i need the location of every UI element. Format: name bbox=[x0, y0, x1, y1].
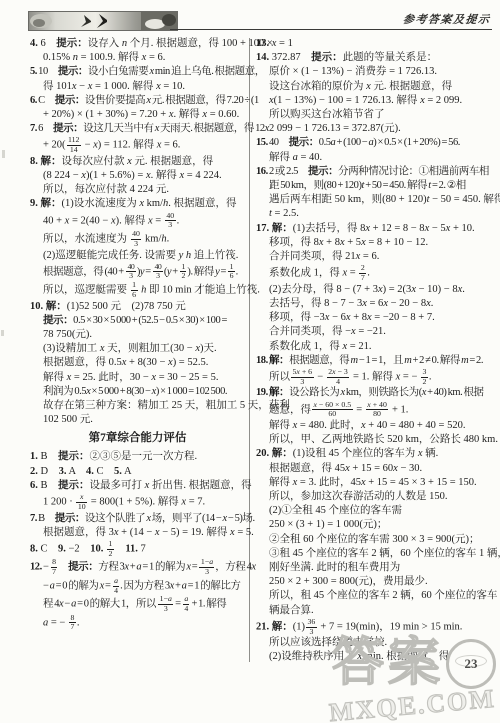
math-var: x bbox=[293, 420, 298, 431]
text-line: 21. 解：(1)363 + 7 = 19(min)，19 min > 15 m… bbox=[256, 618, 493, 636]
text-line: 系数化成 1，得 x = 21. bbox=[256, 340, 493, 354]
math-var: x bbox=[343, 341, 348, 352]
text-line: 原价 × (1 − 13%) − 消费券 = 1 726.13. bbox=[256, 65, 493, 79]
math-var: x bbox=[367, 400, 370, 409]
text-line: 20. 解：(1)设租 45 个座位的客车为 x 辆. bbox=[256, 447, 493, 461]
math-var: x bbox=[361, 420, 366, 431]
math-var: a bbox=[114, 576, 117, 585]
text-line: (2)①全租 45 个座位的客车需 bbox=[256, 504, 493, 518]
math-var: m bbox=[404, 355, 411, 366]
math-var: x bbox=[378, 284, 383, 295]
bold-label: 7. bbox=[30, 513, 37, 524]
fraction: 32 bbox=[420, 368, 429, 386]
bold-label: 15. bbox=[256, 137, 268, 148]
bold-label: 14. bbox=[256, 52, 269, 63]
math-var: a bbox=[368, 137, 373, 148]
math-var: x bbox=[426, 298, 431, 309]
text-line: 8. C 9. −2 10. 12 11. 7 bbox=[30, 540, 245, 558]
text-line: 10. 解：(1)52 500 元 (2)78 750 元 bbox=[30, 300, 245, 314]
math-var: a bbox=[71, 599, 76, 610]
math-var: x bbox=[124, 562, 128, 573]
math-var: x bbox=[366, 81, 371, 92]
math-var: x bbox=[345, 463, 350, 474]
text-line: 所以，水流速度为 403 km/h. bbox=[30, 230, 245, 248]
math-var: x bbox=[361, 237, 366, 248]
text-line: 遇后两车相距 50 km，则(80 + 120)t − 50 = 450. 解得 bbox=[256, 193, 493, 207]
bold-label: 8. 解： bbox=[30, 156, 62, 167]
text-line: 系数化成 1，得 x = 27. bbox=[256, 264, 493, 282]
math-var: x bbox=[170, 580, 174, 591]
math-var: h bbox=[161, 234, 166, 245]
math-var: x bbox=[152, 386, 156, 397]
text-line: 根据题意，得 (40 + 403)y = 403(y + 12). 解得 y =… bbox=[30, 263, 245, 281]
fraction: 5x + 63 bbox=[290, 368, 315, 386]
math-var: x bbox=[149, 66, 153, 77]
math-var: x bbox=[230, 527, 235, 538]
fraction: 2x − 34 bbox=[326, 368, 351, 386]
math-var: x bbox=[272, 38, 277, 49]
text-line: 合并同类项，得 −x = −21. bbox=[256, 325, 493, 339]
fraction: x + 4080 bbox=[365, 401, 390, 419]
fraction: 16 bbox=[130, 281, 139, 299]
math-var: x bbox=[420, 95, 425, 106]
bold-label: 3. bbox=[59, 466, 67, 477]
math-var: x bbox=[251, 562, 255, 573]
math-var: x bbox=[195, 343, 200, 354]
header-decoration-band bbox=[28, 11, 178, 31]
bold-label: 9. bbox=[58, 543, 66, 554]
math-var: x bbox=[367, 312, 372, 323]
math-var: x bbox=[269, 95, 274, 106]
watermark-site: MXQE.COM bbox=[328, 685, 497, 723]
math-var: x bbox=[146, 513, 150, 524]
header-band-art bbox=[29, 12, 177, 30]
math-var: a bbox=[182, 580, 187, 591]
math-var: x bbox=[179, 170, 184, 181]
math-var: x bbox=[446, 223, 451, 234]
fraction: 12 bbox=[179, 263, 187, 281]
answers-column-right: 13. x = 114. 372.87 提示：此题的等量关系是：原价 × (1 … bbox=[256, 37, 493, 665]
text-line: 250 × (3 + 1) = 1 000(元)； bbox=[256, 518, 493, 532]
text-line: 距 50 km，则(80 + 120)t + 50 = 450. 解得 t = … bbox=[256, 179, 493, 193]
bold-label: 21. 解： bbox=[256, 621, 293, 632]
math-var: x bbox=[362, 298, 367, 309]
math-var: x bbox=[59, 599, 63, 610]
math-var: y bbox=[140, 266, 144, 277]
bold-label: 1. bbox=[30, 451, 38, 462]
bold-label: 提示： bbox=[58, 480, 90, 491]
text-line: 102 500 元. bbox=[30, 413, 245, 427]
math-var: x bbox=[458, 284, 463, 295]
text-line: (8 224 − x)(1 + 5.6%) = x. 解得 x = 4 224. bbox=[30, 169, 245, 183]
text-line: 7. B 提示：设这个队胜了 x 场，则平了(14 − x − 5)场. bbox=[30, 512, 245, 526]
text-line: ③租 45 个座位的客车 2 辆，60 个座位的客车 1 辆， bbox=[256, 547, 493, 561]
math-var: x bbox=[139, 198, 144, 209]
math-var: y bbox=[167, 266, 171, 277]
math-var: t bbox=[362, 180, 364, 191]
text-line: 根据题意，得 0.5x + 8(30 − x) = 52.5. bbox=[30, 356, 245, 370]
math-var: x bbox=[146, 170, 151, 181]
text-line: x(1 − 13%) − 100 = 1 726.13. 解得 x = 2 09… bbox=[256, 94, 493, 108]
math-var: x bbox=[223, 513, 227, 524]
bold-label: 提示： bbox=[53, 123, 83, 134]
math-var: x bbox=[181, 497, 186, 508]
text-line: 故存在第三种方案：精加工 25 天，粗加工 5 天，获利 bbox=[30, 399, 245, 413]
text-line: 刚好坐满. 此时的租车费用为 bbox=[256, 561, 493, 575]
header-rule bbox=[170, 29, 492, 30]
text-line: 根据题意，得 45x + 15 = 60x − 30. bbox=[256, 462, 493, 476]
math-var: x bbox=[365, 223, 370, 234]
math-var: x bbox=[314, 400, 317, 409]
math-var: x bbox=[72, 81, 77, 92]
math-var: x bbox=[361, 477, 366, 488]
math-var: x bbox=[114, 527, 119, 538]
text-line: + 20(11214 − x) = 112. 解得 x = 6. bbox=[30, 136, 245, 154]
text-line: (3)设精加工 x 天，则粗加工(30 − x)天. bbox=[30, 342, 245, 356]
text-line: 2. D 3. A 4. C 5. A bbox=[30, 465, 245, 479]
text-line: 所以购买这台冰箱节省了 bbox=[256, 108, 493, 122]
text-line: + 20%) × (1 + 30%) = 7.20 + x. 解得 x = 0.… bbox=[30, 108, 245, 122]
bold-label: 提示： bbox=[58, 66, 88, 77]
bold-label: 11. bbox=[125, 543, 138, 554]
text-line: 0.15% n = 100.9. 解得 x = 6. bbox=[30, 51, 245, 65]
math-var: x bbox=[81, 170, 86, 181]
bold-label: 2. bbox=[30, 466, 38, 477]
math-var: a bbox=[43, 617, 48, 628]
math-var: x bbox=[111, 215, 116, 226]
math-var: x bbox=[357, 651, 362, 662]
fraction: x10 bbox=[75, 493, 88, 511]
fraction: 1 − a3 bbox=[198, 558, 215, 576]
text-line: (2)去分母，得 8 − (7 + 3x) = 2(3x − 10) − 8x. bbox=[256, 283, 493, 297]
bold-label: 提示： bbox=[43, 315, 73, 326]
text-line: 所以，甲、乙两地铁路长 520 km，公路长 480 km. bbox=[256, 433, 493, 447]
math-var: x bbox=[356, 251, 361, 262]
math-var: x bbox=[127, 156, 132, 167]
text-line: 8. 解：设每次应付款 x 元. 根据题意，得 bbox=[30, 155, 245, 169]
text-line: 题意，得x − 60 × 0.560 = x + 4080 + 1. bbox=[256, 401, 493, 419]
math-var: m bbox=[461, 355, 468, 366]
text-line: 移项，得 8x + 8x + 5x = 8 + 10 − 12. bbox=[256, 236, 493, 250]
math-var: x bbox=[100, 343, 105, 354]
fraction: 403 bbox=[152, 263, 164, 281]
math-var: x bbox=[422, 387, 426, 398]
math-var: x bbox=[145, 480, 150, 491]
text-line: 移项，得 −3x − 6x + 8x = −20 − 8 + 7. bbox=[256, 311, 493, 325]
fraction: 403 bbox=[164, 212, 177, 230]
bold-label: 18. 解： bbox=[256, 355, 289, 366]
text-line: 2 099 − 1 726.13 = 372.87(元). bbox=[256, 122, 493, 136]
math-var: x bbox=[343, 268, 348, 279]
fraction: x − 60 × 0.560 bbox=[311, 401, 354, 419]
fraction: 87 bbox=[68, 614, 77, 632]
fraction: 403 bbox=[125, 263, 137, 281]
math-var: x bbox=[65, 215, 70, 226]
math-var: x bbox=[157, 140, 162, 151]
section-heading: 第7章综合能力评估 bbox=[30, 427, 245, 450]
text-line: 所以5x + 63 − 2x − 34 = 1. 解得 x = − 32. bbox=[256, 368, 493, 386]
text-line: 解得 x = 480. 此时，x + 40 = 480 + 40 = 520. bbox=[256, 419, 493, 433]
math-var: x bbox=[383, 298, 388, 309]
math-var: x bbox=[351, 326, 356, 337]
fraction: 403 bbox=[130, 230, 143, 248]
bold-label: 8. bbox=[30, 543, 38, 554]
text-line: 250 × 2 + 300 = 800(元)，费用最少. bbox=[256, 575, 493, 589]
bold-label: 5. bbox=[114, 466, 122, 477]
text-line: 得 101x − x = 1 000. 解得 x = 10. bbox=[30, 80, 245, 94]
text-line: 设这台冰箱的原价为 x 元. 根据题意，得 bbox=[256, 80, 493, 94]
text-line: 解得 x = 25. 此时，30 − x = 30 − 25 = 5. bbox=[30, 371, 245, 385]
math-var: x bbox=[169, 109, 174, 120]
text-line: 13. x = 1 bbox=[256, 37, 493, 51]
math-var: a bbox=[331, 137, 336, 148]
fraction: a4 bbox=[112, 577, 120, 595]
math-var: t bbox=[427, 194, 430, 205]
bold-label: 提示： bbox=[289, 137, 319, 148]
text-line: t = 2.5. bbox=[256, 207, 493, 221]
text-line: 1 200 · x10 = 800(1 + 5%). 解得 x = 7. bbox=[30, 493, 245, 511]
text-line: (2)巡逻艇能完成任务. 设需要 y h 追上竹筏. bbox=[30, 249, 245, 263]
text-line: 解得 x = 3. 此时，45x + 15 = 45 × 3 + 15 = 15… bbox=[256, 476, 493, 490]
math-var: x bbox=[346, 312, 351, 323]
text-line: 14. 372.87 提示：此题的等量关系是： bbox=[256, 51, 493, 65]
math-var: h bbox=[141, 285, 146, 296]
math-var: n bbox=[73, 52, 78, 63]
math-var: y bbox=[179, 250, 184, 261]
math-var: x bbox=[80, 492, 83, 501]
math-var: a bbox=[209, 557, 212, 566]
text-line: 7. 6 提示：设这几天当中有 x 天雨天. 根据题意，得 12x bbox=[30, 122, 245, 136]
text-line: 1. B 提示：②③⑤是一元一次方程. bbox=[30, 450, 245, 464]
text-line: 15. 40 提示：0.5a + (100 − a) × 0.5 × (1 + … bbox=[256, 136, 493, 150]
bold-label: 19. 解： bbox=[256, 387, 289, 398]
math-var: h bbox=[186, 250, 191, 261]
math-var: x bbox=[325, 312, 330, 323]
math-var: t bbox=[269, 208, 272, 219]
bold-label: 5. bbox=[30, 66, 37, 77]
fraction: 1 − a3 bbox=[157, 595, 174, 613]
math-var: a bbox=[293, 152, 298, 163]
math-var: x bbox=[155, 527, 160, 538]
bold-label: 16. bbox=[256, 166, 268, 177]
fraction: 12 bbox=[106, 540, 115, 558]
math-var: x bbox=[425, 223, 430, 234]
math-var: x bbox=[100, 580, 104, 591]
math-var: x bbox=[393, 463, 398, 474]
math-var: y bbox=[215, 266, 219, 277]
bold-label: 17. 解： bbox=[256, 223, 293, 234]
bold-label: 提示： bbox=[311, 52, 343, 63]
math-var: a bbox=[184, 594, 187, 603]
text-line: (2)设维持秩序用了 x min. 根据题意，得 bbox=[256, 650, 493, 664]
bold-label: 提示： bbox=[68, 562, 98, 573]
math-var: x bbox=[332, 367, 335, 376]
bold-label: 4. bbox=[30, 38, 38, 49]
bold-label: 提示： bbox=[55, 513, 85, 524]
math-var: a bbox=[136, 562, 141, 573]
text-line: 12. − 87 提示：方程 3x + a = 1 的解为 x = 1 − a3… bbox=[30, 558, 245, 576]
answer-key-page: 参考答案及提示 4. 6 提示：设存入 n 个月. 根据题意，得 100 + 1… bbox=[0, 0, 500, 723]
scan-speck bbox=[1, 330, 4, 336]
text-line: 18. 解：根据题意，得 m − 1 = 1，且 m + 2 ≠ 0. 解得 m… bbox=[256, 354, 493, 368]
bold-label: 13. bbox=[256, 38, 269, 49]
scan-speck bbox=[2, 150, 5, 158]
math-var: x bbox=[293, 477, 298, 488]
bold-label: 10. bbox=[90, 543, 103, 554]
math-var: x bbox=[296, 367, 299, 376]
bold-label: 12. bbox=[30, 562, 42, 573]
text-line: 所以，巡逻艇需要 16 h 即 10 min 才能追上竹筏. bbox=[30, 281, 245, 299]
bold-label: 6. bbox=[30, 95, 37, 106]
math-var: x bbox=[122, 357, 127, 368]
math-var: x bbox=[88, 81, 93, 92]
text-line: 去括号，得 8 − 7 − 3x = 6x − 20 − 8x. bbox=[256, 297, 493, 311]
text-line: ②全租 60 个座位的客车需 300 × 3 = 900(元)； bbox=[256, 533, 493, 547]
fraction: 11214 bbox=[66, 136, 82, 154]
text-line: 5. 10 提示：设小白兔需要 x min 追上乌龟. 根据题意， bbox=[30, 65, 245, 79]
fraction: 16 bbox=[227, 263, 235, 281]
bold-label: 20. 解： bbox=[256, 448, 293, 459]
bold-label: 提示： bbox=[56, 38, 88, 49]
math-var: x bbox=[148, 215, 153, 226]
math-var: t bbox=[428, 180, 430, 191]
math-var: h bbox=[163, 198, 168, 209]
math-var: a bbox=[50, 580, 55, 591]
bold-label: 9. 解： bbox=[30, 198, 62, 209]
math-var: x bbox=[186, 562, 190, 573]
fraction: a4 bbox=[182, 595, 190, 613]
text-line: 17. 解：(1)去括号，得 8x + 12 = 8 − 8x − 5x + 1… bbox=[256, 222, 493, 236]
text-line: 6. B 提示：设最多可打 x 折出售. 根据题意，得 bbox=[30, 479, 245, 493]
text-line: 辆最合算. bbox=[256, 604, 493, 618]
math-var: m bbox=[351, 355, 358, 366]
fraction: 87 bbox=[50, 558, 58, 576]
bold-label: 提示： bbox=[308, 166, 338, 177]
math-var: n bbox=[122, 38, 127, 49]
math-var: a bbox=[168, 594, 171, 603]
text-line: 16. 2 或 2.5 提示：分两种情况讨论：①相遇前两车相 bbox=[256, 165, 493, 179]
math-var: x bbox=[67, 372, 72, 383]
text-line: 利润为 0.5x × 5 000 + 8(30 − x) × 1 000 = 1… bbox=[30, 385, 245, 399]
text-line: a = − 87. bbox=[30, 614, 245, 632]
math-var: x bbox=[93, 140, 98, 151]
text-line: 78 750(元). bbox=[30, 328, 245, 342]
math-var: x bbox=[151, 372, 156, 383]
math-var: x bbox=[319, 237, 324, 248]
text-line: 40 + x = 2(40 − x). 解得 x = 403. bbox=[30, 212, 245, 230]
math-var: x bbox=[411, 284, 416, 295]
math-var: x bbox=[418, 448, 423, 459]
page-header-title: 参考答案及提示 bbox=[402, 11, 491, 27]
math-var: x bbox=[202, 109, 207, 120]
text-line: 程 4x − a = 0 的解大 1，所以 1 − a3 = a4 + 1. 解… bbox=[30, 595, 245, 613]
fraction: 363 bbox=[305, 618, 318, 636]
text-line: 6. C 提示：设售价要提高 x 元. 根据题意，得 7.20 ÷ (1 bbox=[30, 94, 245, 108]
text-line: 所以，每次应付款 4 224 元. bbox=[30, 183, 245, 197]
text-line: 所以，租 45 个座位的客车 2 辆，60 个座位的客车 1 bbox=[256, 589, 493, 603]
math-var: x bbox=[168, 357, 173, 368]
math-var: x bbox=[340, 237, 345, 248]
answers-body: 4. 6 提示：设存入 n 个月. 根据题意，得 100 + 100 ×0.15… bbox=[30, 37, 493, 665]
bold-label: 提示： bbox=[55, 95, 85, 106]
bold-label: 10. 解： bbox=[30, 301, 67, 312]
math-var: x bbox=[155, 123, 159, 134]
math-var: x bbox=[146, 95, 150, 106]
text-line: 19. 解：设公路长为 x km，则铁路长为(x + 40) km. 根据 bbox=[256, 386, 493, 400]
text-line: 合并同类项，得 21x = 6. bbox=[256, 250, 493, 264]
math-var: x bbox=[156, 81, 161, 92]
text-line: 所以应该选择绕道去学校. bbox=[256, 636, 493, 650]
text-line: − a = 0 的解为 x = a4. 因为方程 3x + a = 1 的解比方 bbox=[30, 577, 245, 595]
text-line: 解得 a = 40. bbox=[256, 151, 493, 165]
bold-label: 提示： bbox=[58, 451, 90, 462]
bold-label: 4. bbox=[86, 466, 94, 477]
bold-label: 6. bbox=[30, 480, 38, 491]
text-line: 9. 解：(1)设水流速度为 x km/h. 根据题意，得 bbox=[30, 197, 245, 211]
text-line: 提示：0.5 × 30 × 5 000 + (52.5 − 0.5 × 30) … bbox=[30, 314, 245, 328]
math-var: x bbox=[86, 386, 90, 397]
bold-label: 7. bbox=[30, 123, 37, 134]
fraction: 27 bbox=[358, 264, 367, 282]
answers-column-left: 4. 6 提示：设存入 n 个月. 根据题意，得 100 + 100 ×0.15… bbox=[30, 37, 245, 665]
math-var: x bbox=[341, 387, 345, 398]
math-var: x bbox=[142, 52, 147, 63]
math-var: x bbox=[396, 371, 401, 382]
text-line: 所以，参加这次春游活动的人数是 150. bbox=[256, 490, 493, 504]
text-line: 根据题意，得 3x + (14 − x − 5) = 19. 解得 x = 5. bbox=[30, 526, 245, 540]
text-line: 4. 6 提示：设存入 n 个月. 根据题意，得 100 + 100 × bbox=[30, 37, 245, 51]
